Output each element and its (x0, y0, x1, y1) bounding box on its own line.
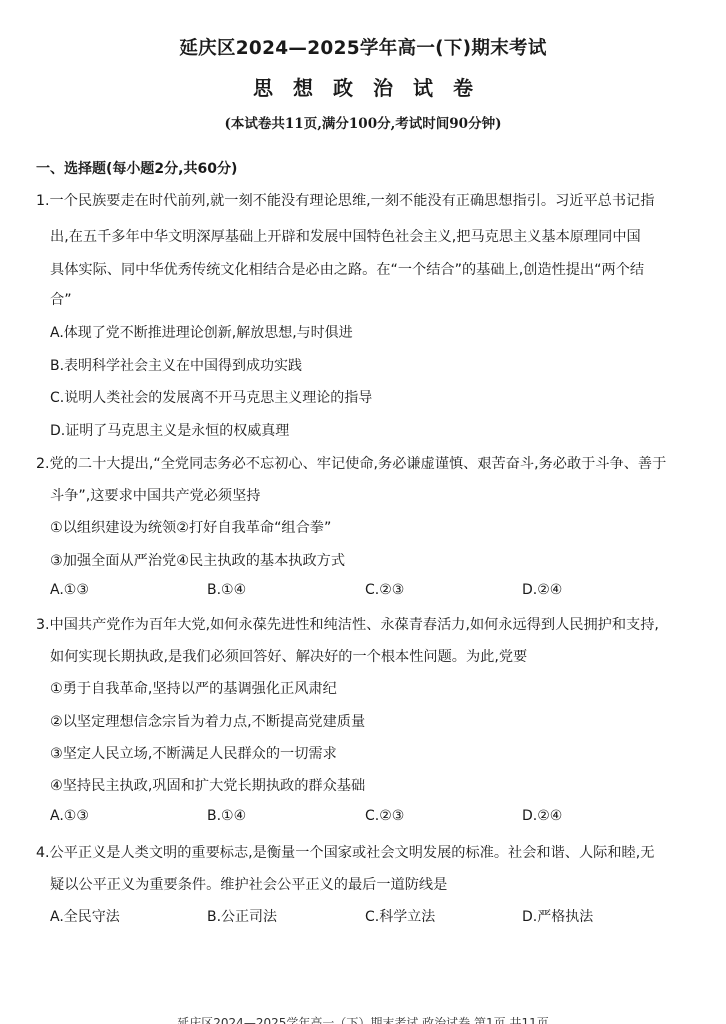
question-stem-line: 2.党的二十大提出,“全党同志务必不忘初心、牢记使命,务必谦虚谨慎、艰苦奋斗,务… (36, 453, 666, 473)
option-c: C.②③ (365, 582, 404, 598)
exam-subtitle: 思想政治试卷 (0, 72, 726, 101)
option-b: B.①④ (207, 582, 246, 598)
option-a: A.全民守法 (50, 906, 120, 926)
question-stem-line: 具体实际、同中华优秀传统文化相结合是必由之路。在“一个结合”的基础上,创造性提出… (50, 259, 644, 279)
option-c: C.说明人类社会的发展离不开马克思主义理论的指导 (50, 387, 372, 407)
option-a: A.体现了党不断推进理论创新,解放思想,与时俱进 (50, 322, 353, 342)
option-b: B.公正司法 (207, 906, 277, 926)
question-stem-line: 4.公平正义是人类文明的重要标志,是衡量一个国家或社会文明发展的标准。社会和谐、… (36, 842, 654, 862)
option-d: D.严格执法 (522, 906, 593, 926)
question-stem-line: 1.一个民族要走在时代前列,就一刻不能没有理论思维,一刻不能没有正确思想指引。习… (36, 190, 654, 210)
question-stem-line: 合” (50, 289, 72, 309)
option-b: B.表明科学社会主义在中国得到成功实践 (50, 355, 302, 375)
option-d: D.证明了马克思主义是永恒的权威真理 (50, 420, 289, 440)
question-stem-line: 疑以公平正义为重要条件。维护社会公平正义的最后一道防线是 (50, 874, 447, 894)
option-c: C.②③ (365, 808, 404, 824)
option-c: C.科学立法 (365, 906, 435, 926)
exam-page: 延庆区2024—2025学年高一(下)期末考试 思想政治试卷 (本试卷共11页,… (0, 0, 726, 1024)
statement-line: ③加强全面从严治党④民主执政的基本执政方式 (50, 550, 345, 570)
option-d: D.②④ (522, 582, 562, 598)
exam-title: 延庆区2024—2025学年高一(下)期末考试 (0, 34, 726, 60)
statement-line: ②以坚定理想信念宗旨为着力点,不断提高党建质量 (50, 711, 365, 731)
question-stem-line: 斗争”,这要求中国共产党必须坚持 (50, 485, 261, 505)
section-heading: 一、选择题(每小题2分,共60分) (36, 158, 237, 178)
statement-line: ①以组织建设为统领②打好自我革命“组合拳” (50, 517, 331, 537)
option-d: D.②④ (522, 808, 562, 824)
question-stem-line: 如何实现长期执政,是我们必须回答好、解决好的一个根本性问题。为此,党要 (50, 646, 527, 666)
option-a: A.①③ (50, 808, 89, 824)
option-b: B.①④ (207, 808, 246, 824)
exam-note: (本试卷共11页,满分100分,考试时间90分钟) (0, 112, 726, 132)
statement-line: ④坚持民主执政,巩固和扩大党长期执政的群众基础 (50, 775, 365, 795)
statement-line: ③坚定人民立场,不断满足人民群众的一切需求 (50, 743, 337, 763)
question-stem-line: 3.中国共产党作为百年大党,如何永葆先进性和纯洁性、永葆青春活力,如何永远得到人… (36, 614, 659, 634)
page-footer: 延庆区2024—2025学年高一（下）期末考试 政治试卷 第1页 共11页 (0, 1014, 726, 1024)
statement-line: ①勇于自我革命,坚持以严的基调强化正风肃纪 (50, 678, 337, 698)
option-a: A.①③ (50, 582, 89, 598)
question-stem-line: 出,在五千多年中华文明深厚基础上开辟和发展中国特色社会主义,把马克思主义基本原理… (50, 226, 641, 246)
